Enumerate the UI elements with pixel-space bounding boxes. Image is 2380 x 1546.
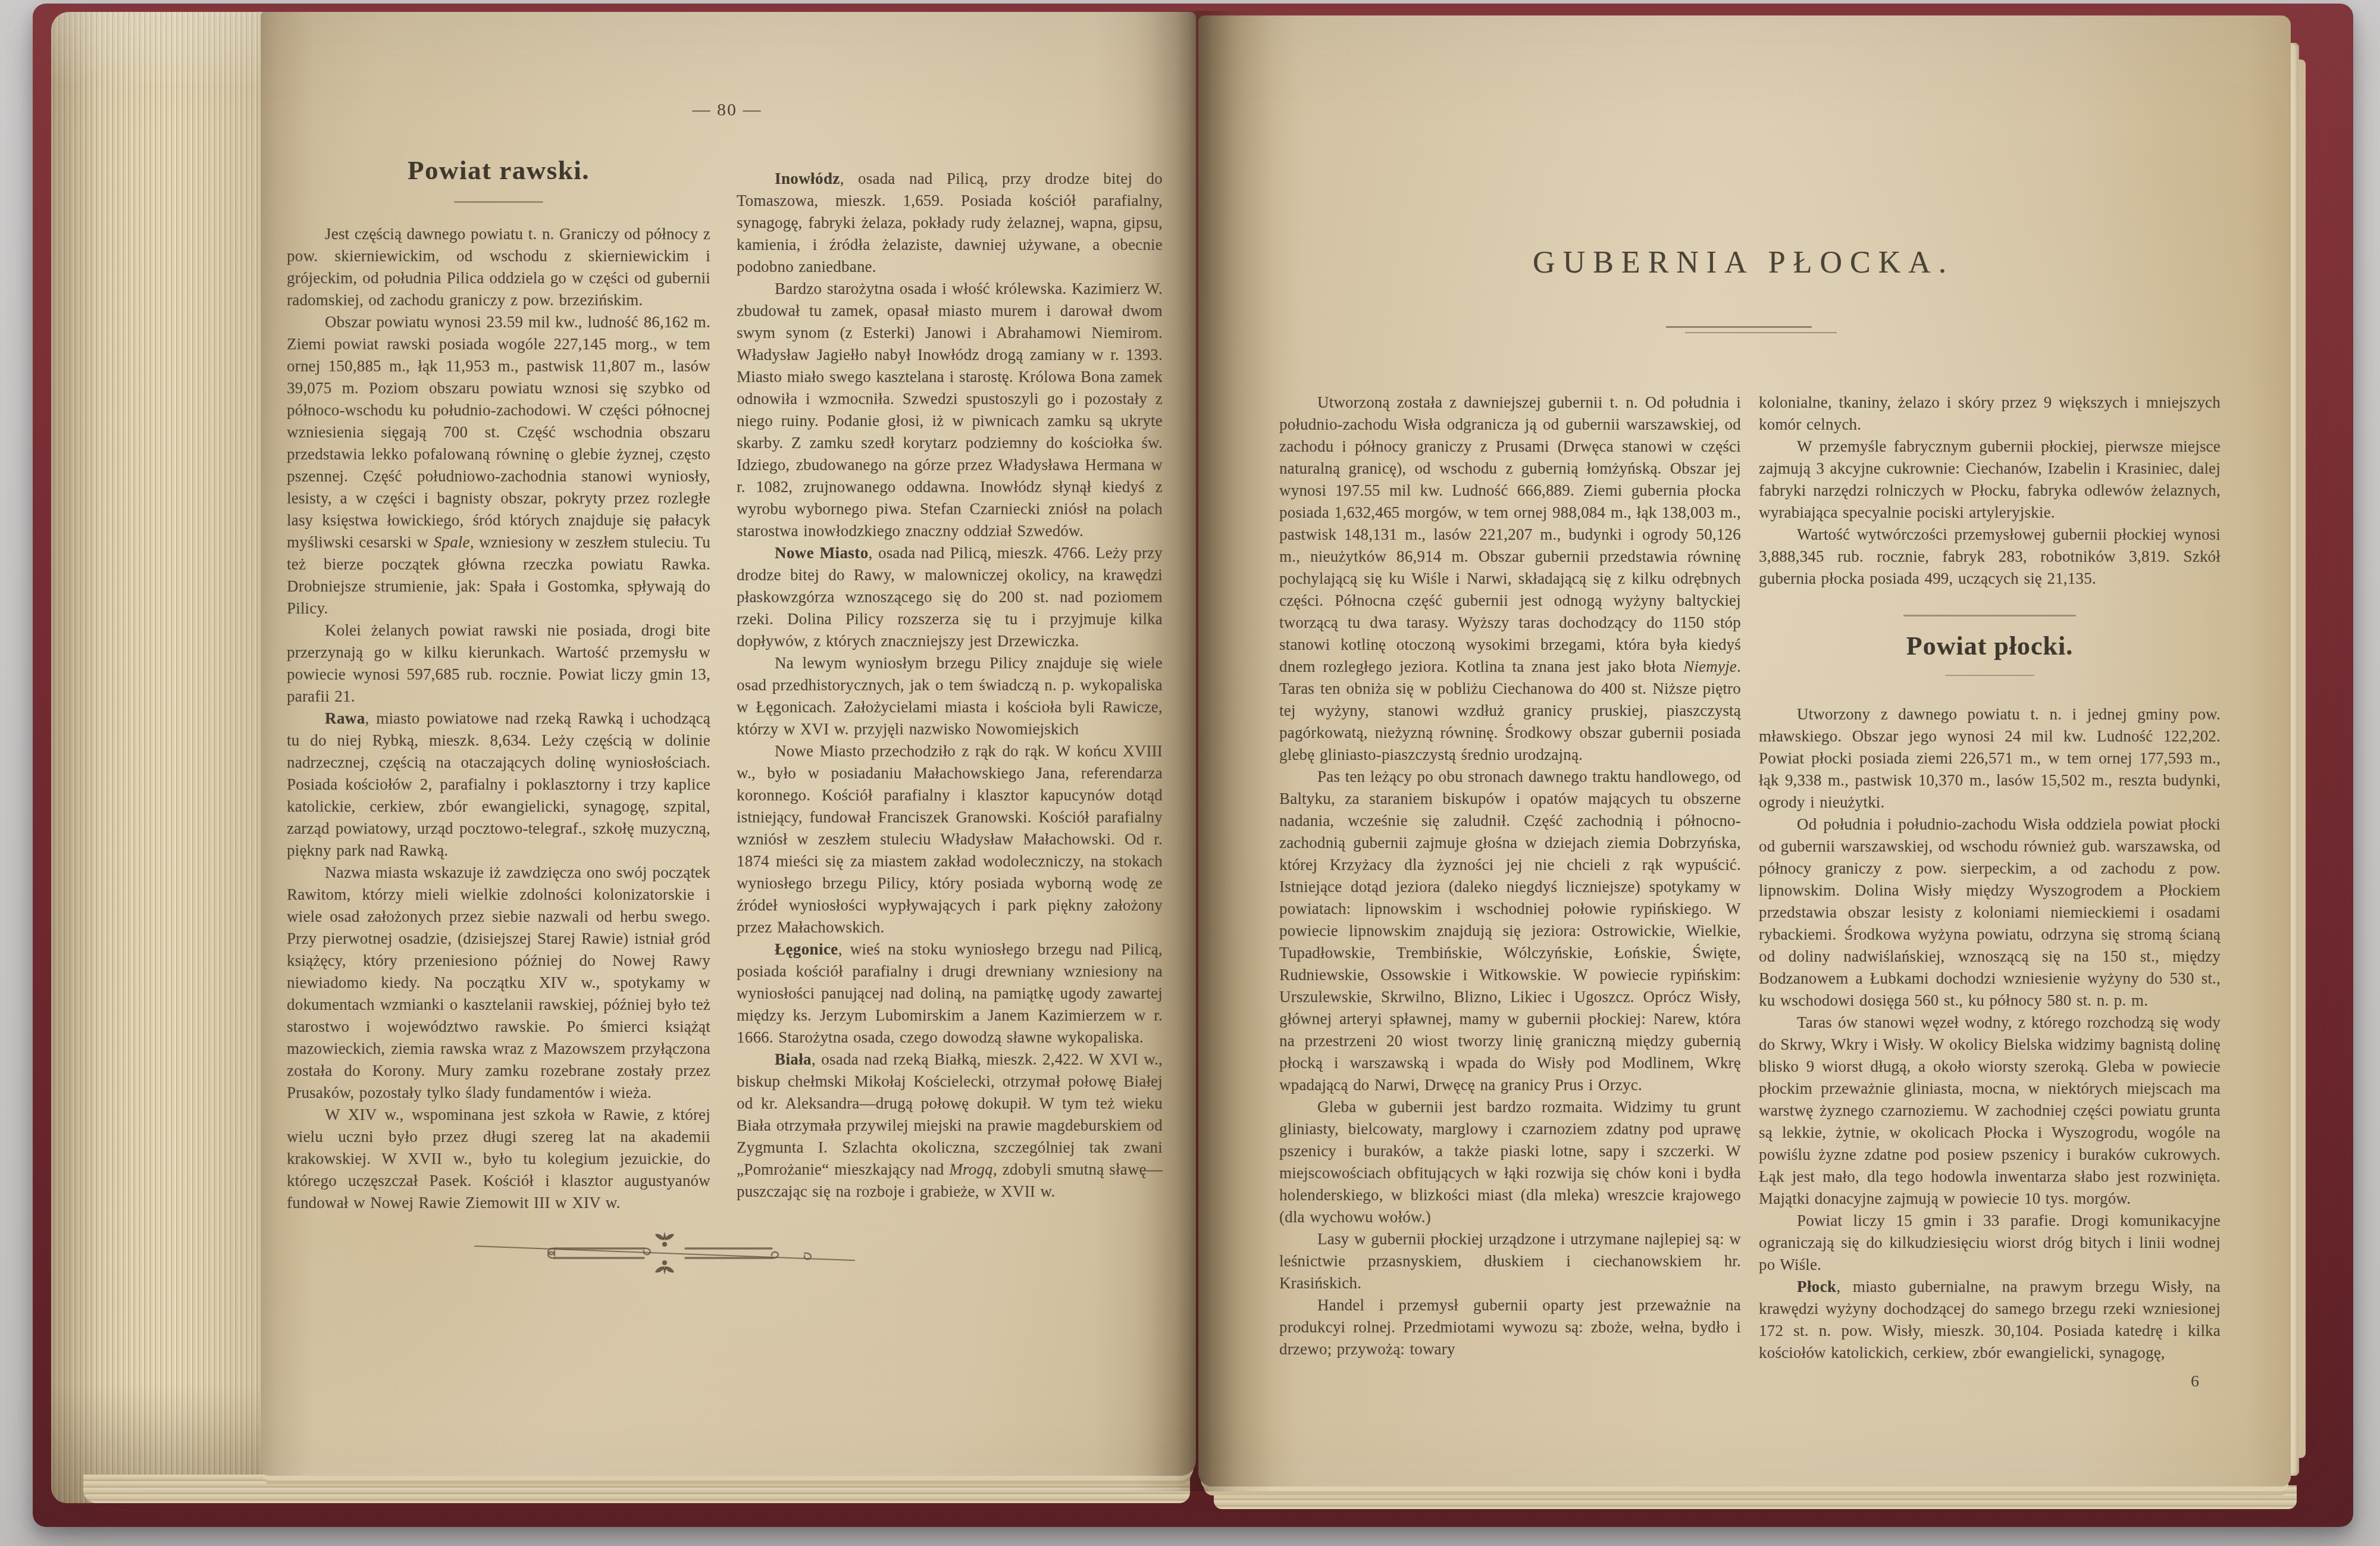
entry-name: Rawa	[325, 709, 365, 727]
paragraph: kolonialne, tkaniny, żelazo i skóry prze…	[1759, 392, 2221, 436]
ornament-divider	[471, 1223, 858, 1283]
page-edges-right-inner	[2298, 60, 2306, 1458]
entry-name: Płock	[1797, 1278, 1837, 1295]
paragraph: Rawa, miasto powiatowe nad rzeką Rawką i…	[287, 708, 710, 862]
paragraph: Od południa i południo-zachodu Wisła odd…	[1759, 813, 2221, 1012]
paragraph: Utworzony z dawnego powiatu t. n. i jedn…	[1759, 703, 2221, 813]
page-edges-bottom-left	[83, 1475, 1190, 1503]
paragraph: Utworzoną została z dawniejszej gubernii…	[1279, 392, 1741, 766]
paragraph: Gleba w gubernii jest bardzo rozmaita. W…	[1279, 1096, 1741, 1228]
paragraph: Taras ów stanowi węzeł wodny, z którego …	[1759, 1012, 2221, 1210]
paragraph: W przemyśle fabrycznym gubernii płockiej…	[1759, 436, 2221, 524]
page-edges-bottom-right	[1214, 1485, 2297, 1509]
paragraph-group: kolonialne, tkaniny, żelazo i skóry prze…	[1759, 392, 2221, 590]
section-heading-block: Powiat płocki.	[1759, 615, 2221, 676]
heading-powiat-rawski: Powiat rawski.	[287, 155, 710, 186]
paragraph: Obszar powiatu wynosi 23.59 mil kw., lud…	[287, 311, 710, 619]
page-number: — 80 —	[629, 100, 825, 120]
paragraph: Bardzo starożytna osada i włość królewsk…	[737, 278, 1163, 542]
paragraph: Lasy w gubernii płockiej urządzone i utr…	[1279, 1228, 1741, 1294]
chapter-heading-rule	[1665, 326, 1837, 333]
left-page-column-2: Inowłódz, osada nad Pilicą, przy drodze …	[737, 168, 1163, 1203]
paragraph: Nowe Miasto, osada nad Pilicą, mieszk. 4…	[737, 542, 1163, 652]
paragraph: Biała, osada nad rzeką Białką, mieszk. 2…	[737, 1049, 1163, 1203]
paragraph-group: Jest częścią dawnego powiatu t. n. Grani…	[287, 223, 710, 1214]
paragraph: Wartość wytwórczości przemysłowej gubern…	[1759, 524, 2221, 590]
entry-name: Nowe Miasto	[775, 544, 869, 562]
entry-name: Inowłódz	[775, 170, 840, 187]
paragraph: Nowe Miasto przechodziło z rąk do rąk. W…	[737, 740, 1163, 938]
paragraph: Pas ten leżący po obu stronach dawnego t…	[1279, 766, 1741, 1096]
paragraph: Płock, miasto gubernialne, na prawym brz…	[1759, 1276, 2221, 1364]
rule	[1903, 615, 2076, 616]
paragraph: Handel i przemysł gubernii oparty jest p…	[1279, 1294, 1741, 1360]
signature-mark: 6	[1759, 1372, 2221, 1391]
left-page-column-1: Powiat rawski. Jest częścią dawnego powi…	[287, 155, 710, 1214]
paragraph: Jest częścią dawnego powiatu t. n. Grani…	[287, 223, 710, 311]
paragraph: Łęgonice, wieś na stoku wyniosłego brzeg…	[737, 938, 1163, 1049]
entry-name: Biała	[775, 1050, 812, 1068]
page-edges-left	[51, 12, 277, 1503]
paragraph: Na lewym wyniosłym brzegu Pilicy znajduj…	[737, 652, 1163, 740]
right-page-column-2: kolonialne, tkaniny, żelazo i skóry prze…	[1759, 392, 2221, 1391]
rule-line	[1685, 332, 1837, 334]
rule-line	[1666, 326, 1812, 328]
rule	[1945, 675, 2034, 677]
paragraph: W XIV w., wspominana jest szkoła w Rawie…	[287, 1104, 710, 1214]
open-book-photo: — 80 — Powiat rawski. Jest częścią dawne…	[0, 0, 2380, 1546]
entry-name: Łęgonice	[775, 940, 838, 958]
paragraph: Nazwa miasta wskazuje iż zawdzięcza ono …	[287, 862, 710, 1104]
paragraph: Inowłódz, osada nad Pilicą, przy drodze …	[737, 168, 1163, 278]
paragraph-group: Utworzony z dawnego powiatu t. n. i jedn…	[1759, 703, 2221, 1364]
chapter-heading-gubernia-plocka: GUBERNIA PŁOCKA.	[1386, 245, 2100, 281]
heading-rule	[454, 201, 543, 203]
paragraph: Powiat liczy 15 gmin i 33 parafie. Drogi…	[1759, 1210, 2221, 1276]
right-page-column-1: Utworzoną została z dawniejszej gubernii…	[1279, 392, 1741, 1360]
paragraph: Kolei żelanych powiat rawski nie posiada…	[287, 619, 710, 708]
heading-powiat-plocki: Powiat płocki.	[1759, 631, 2221, 662]
